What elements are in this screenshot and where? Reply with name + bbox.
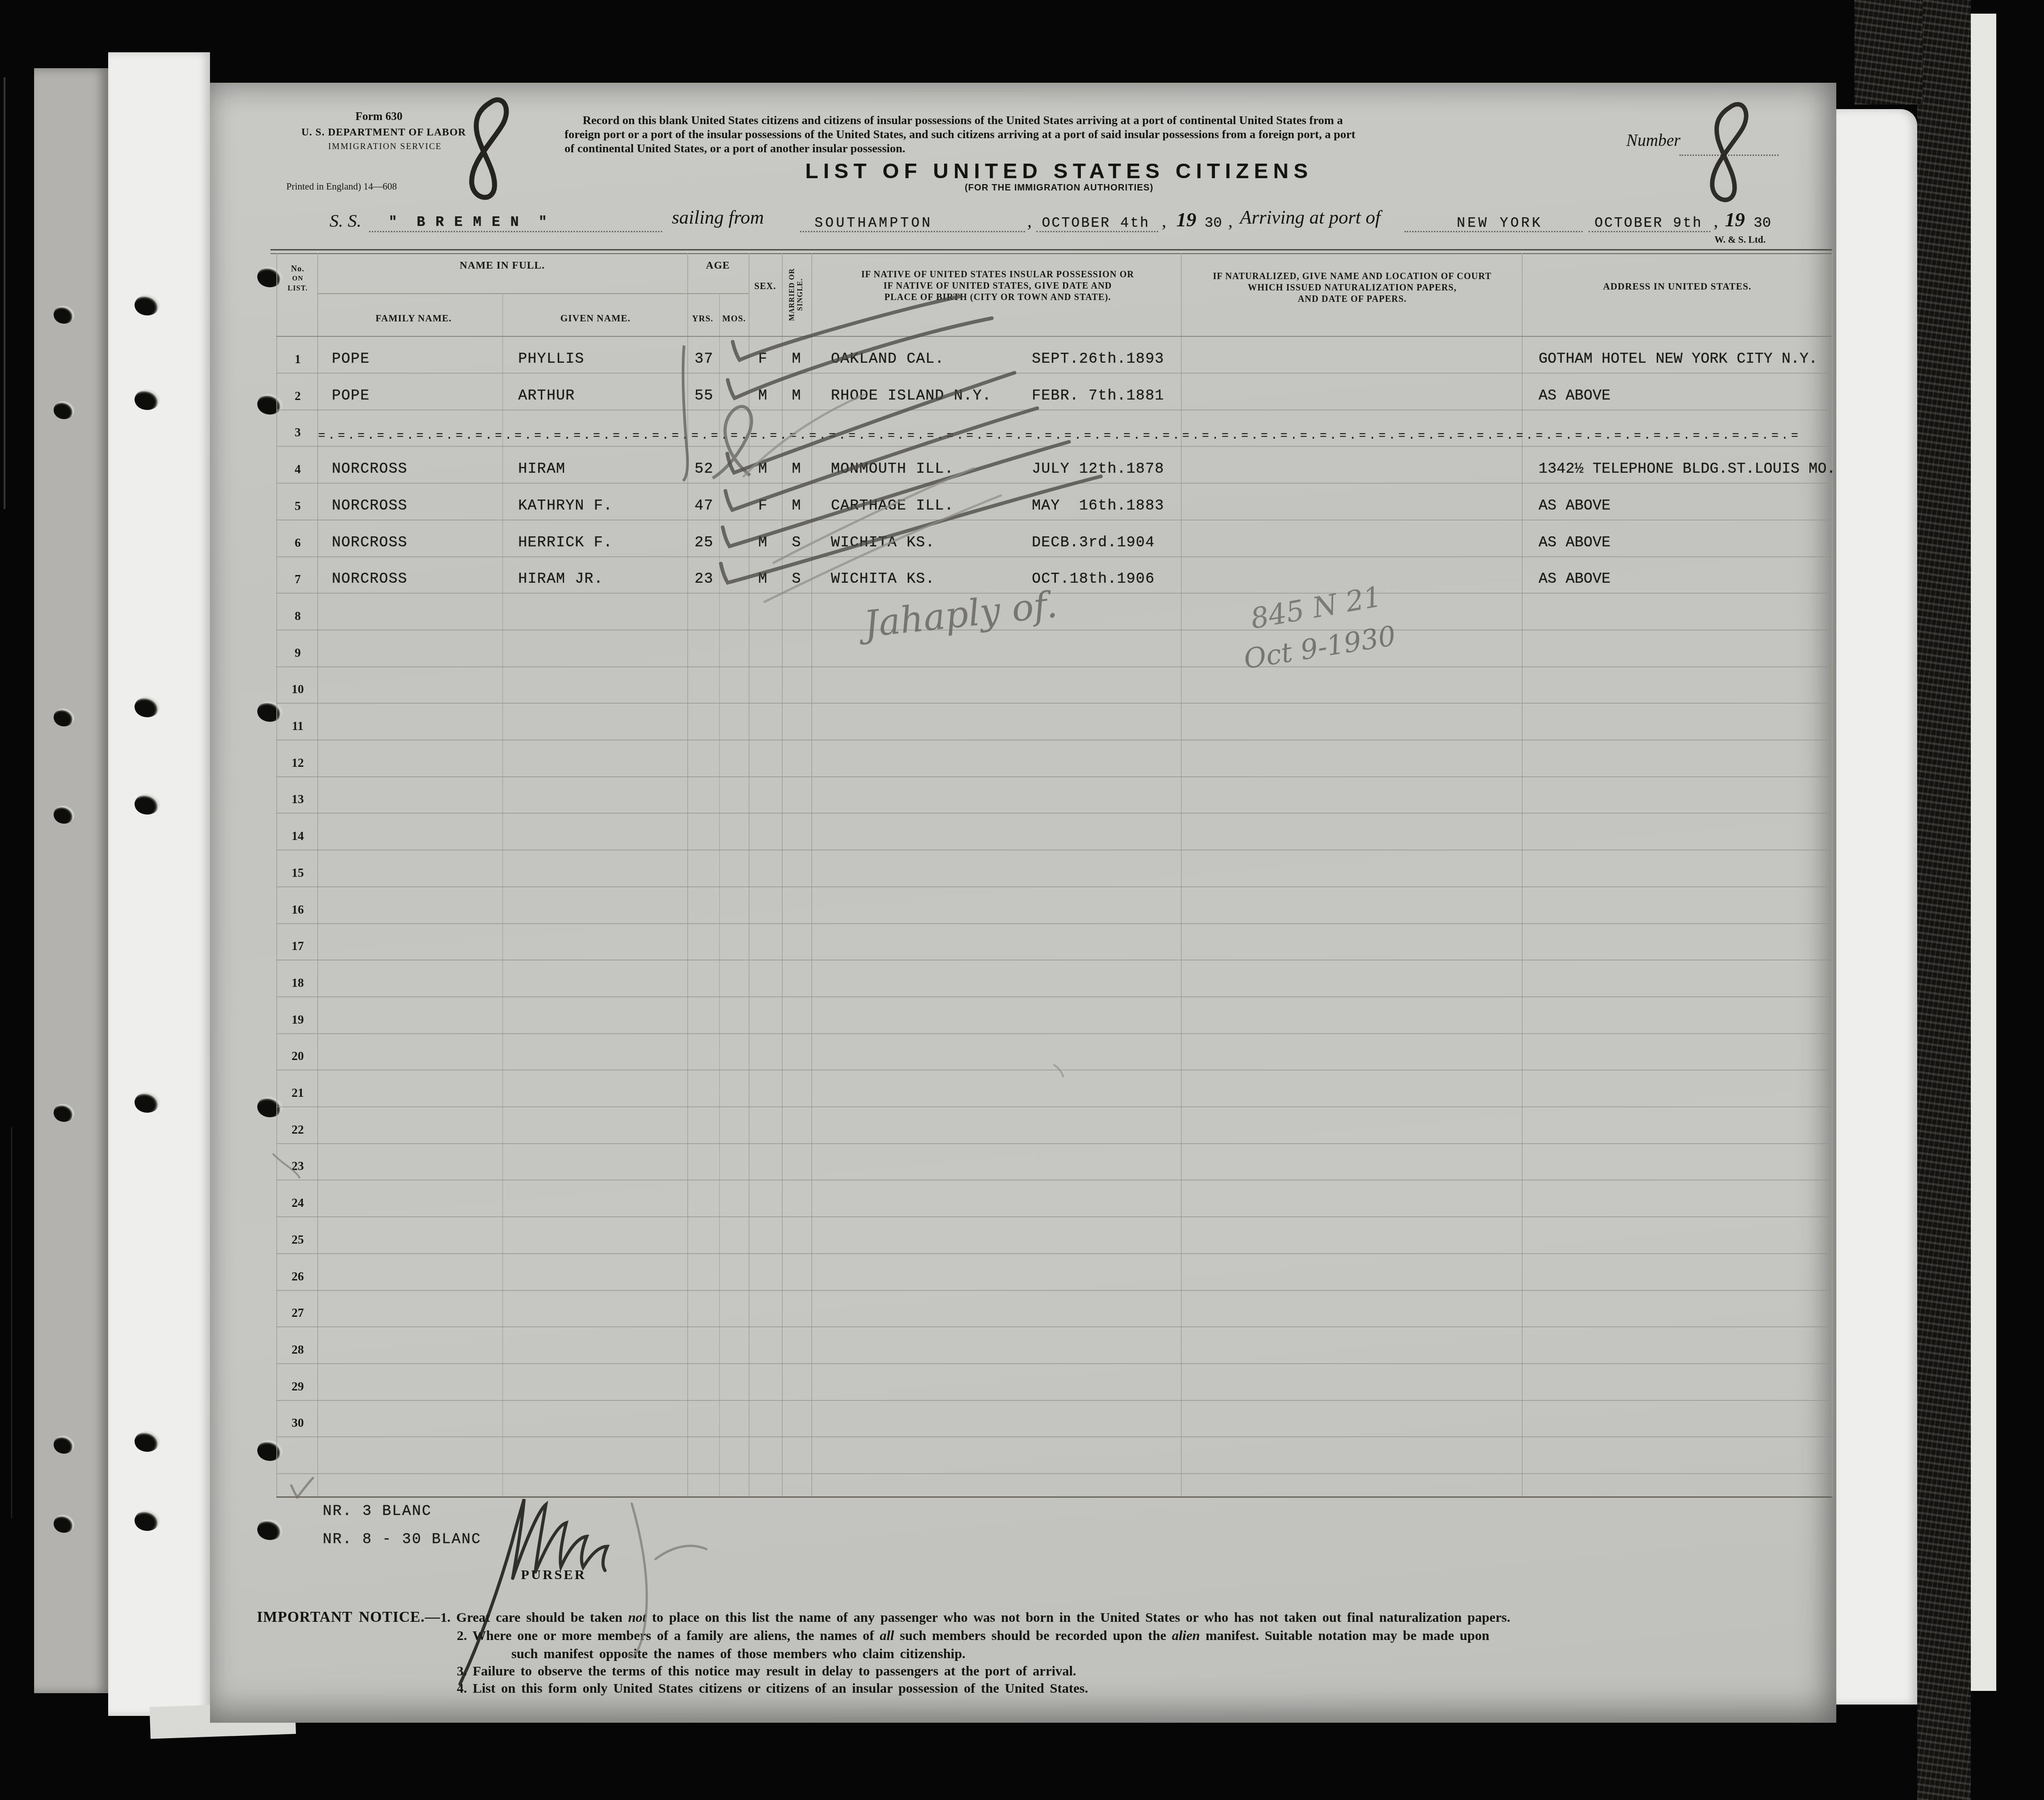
table-row: 1POPEPHYLLIS37FMOAKLAND CAL.SEPT.26th.18… — [0, 341, 2044, 373]
table-row: 25 — [0, 1221, 2044, 1253]
cell-married-single: M — [792, 460, 801, 477]
year-printed-2: 19 — [1725, 208, 1745, 231]
cell-family-name: POPE — [332, 387, 370, 404]
department-name: U. S. DEPARTMENT OF LABOR — [301, 126, 466, 138]
table-header-rule — [276, 336, 1832, 337]
row-number: 23 — [282, 1159, 314, 1173]
cell-birthplace: OAKLAND CAL. — [831, 350, 945, 367]
row-number: 3 — [282, 425, 314, 440]
col-header-sex: SEX. — [749, 281, 782, 292]
table-bottom-rule — [276, 1496, 1832, 1498]
table-row: 14 — [0, 818, 2044, 850]
comma-4: , — [1714, 210, 1718, 231]
cell-birthdate: JULY 12th.1878 — [1032, 460, 1164, 477]
table-row-rule — [276, 1400, 1832, 1401]
row-number: 5 — [282, 499, 314, 513]
notice-text: IMPORTANT NOTICE.— — [257, 1609, 440, 1625]
table-row-rule — [276, 556, 1832, 557]
row-number: 17 — [282, 939, 314, 953]
cell-sex: F — [758, 350, 768, 367]
row-number: 22 — [282, 1123, 314, 1137]
notice-text: such members should be recorded upon the — [894, 1628, 1172, 1643]
row-number: 7 — [282, 572, 314, 586]
form-number: Form 630 — [355, 110, 402, 123]
table-row-rule — [276, 960, 1832, 960]
table-row: 11 — [0, 708, 2044, 740]
notice-line-5: 4. List on this form only United States … — [457, 1681, 1088, 1696]
row-number: 10 — [282, 682, 314, 696]
cell-birthplace: MONMOUTH ILL. — [831, 460, 954, 477]
row-number: 25 — [282, 1233, 314, 1247]
notice-text: 1. Great care should be taken — [440, 1610, 628, 1625]
punch-hole — [54, 1515, 75, 1533]
row-number: 30 — [282, 1416, 314, 1430]
col-header-family: FAMILY NAME. — [327, 313, 500, 324]
row-number: 24 — [282, 1196, 314, 1210]
cell-sex: M — [758, 534, 768, 551]
table-row-rule — [276, 666, 1832, 667]
table-row-rule — [276, 520, 1832, 520]
scanned-manifest-document: Form 630 U. S. DEPARTMENT OF LABOR IMMIG… — [0, 0, 2044, 1800]
row-number: 4 — [282, 462, 314, 476]
table-row: 18 — [0, 965, 2044, 996]
sailing-from-label: sailing from — [672, 207, 764, 229]
cell-birthplace: RHODE ISLAND N.Y. — [831, 387, 992, 404]
page-subtitle: (FOR THE IMMIGRATION AUTHORITIES) — [773, 183, 1345, 193]
table-row-rule — [276, 850, 1832, 850]
table-row: 15 — [0, 855, 2044, 886]
cell-address: GOTHAM HOTEL NEW YORK CITY N.Y. — [1539, 350, 1818, 367]
table-row-rule — [276, 483, 1832, 484]
table-row-rule — [276, 923, 1832, 924]
punch-hole — [54, 1435, 75, 1454]
table-row: 13 — [0, 781, 2044, 813]
row-number: 8 — [282, 609, 314, 623]
table-row-rule — [276, 1290, 1832, 1291]
notice-text: 2. Where one or more members of a family… — [457, 1628, 880, 1643]
table-row: 20 — [0, 1038, 2044, 1070]
printed-in-note: Printed in England) 14—608 — [286, 181, 397, 192]
col-header-address: ADDRESS IN UNITED STATES. — [1523, 281, 1832, 292]
blank-note-2: NR. 8 - 30 BLANC — [323, 1531, 481, 1548]
notice-italic-word: all — [880, 1628, 894, 1643]
header-mid-rule — [317, 293, 749, 294]
cell-age-years: 55 — [695, 387, 714, 404]
row-number: 11 — [282, 719, 314, 733]
row-number: 19 — [282, 1013, 314, 1027]
cell-address: AS ABOVE — [1539, 570, 1610, 587]
cell-birthplace: WICHITA KS. — [831, 534, 935, 551]
col-header-married-single: MARRIED ORSINGLE. — [788, 254, 805, 335]
comma-1: , — [1027, 210, 1032, 231]
table-row: 24 — [0, 1185, 2044, 1216]
row-number: 20 — [282, 1049, 314, 1063]
departure-port: SOUTHAMPTON — [815, 215, 933, 231]
cell-sex: M — [758, 460, 768, 477]
cell-age-years: 23 — [695, 570, 714, 587]
comma-3: , — [1228, 210, 1233, 231]
notice-italic-word: alien — [1172, 1628, 1200, 1643]
table-row-rule — [276, 1473, 1832, 1474]
col-header-mos: MOS. — [719, 314, 749, 325]
cell-address: 1342½ TELEPHONE BLDG.ST.LOUIS MO. — [1539, 460, 1836, 477]
service-name: IMMIGRATION SERVICE — [328, 142, 442, 152]
ship-name: " B R E M E N " — [389, 215, 548, 230]
table-row-rule — [276, 1106, 1832, 1107]
arrival-date: OCTOBER 9th — [1594, 215, 1703, 231]
row-number: 6 — [282, 536, 314, 550]
col-header-yrs: YRS. — [686, 314, 719, 325]
table-row-rule — [276, 776, 1832, 777]
table-row: 26 — [0, 1258, 2044, 1290]
cell-married-single: S — [792, 570, 801, 587]
intro-line-2: foreign port or a port of the insular po… — [565, 128, 1355, 141]
table-row-rule — [276, 410, 1832, 410]
notice-text: manifest. Suitable notation may be made … — [1200, 1628, 1489, 1643]
table-row-rule — [276, 740, 1832, 740]
arrival-port: NEW YORK — [1457, 215, 1543, 231]
table-row: 22 — [0, 1111, 2044, 1143]
table-row: 3=.=.=.=.=.=.=.=.=.=.=.=.=.=.=.=.=.=.=.=… — [0, 414, 2044, 446]
notice-line-4: 3. Failure to observe the terms of this … — [457, 1664, 1076, 1679]
table-row-rule — [276, 1363, 1832, 1364]
cell-given-name: HIRAM JR. — [518, 570, 603, 587]
ship-name-line — [369, 231, 662, 232]
comma-2: , — [1162, 210, 1166, 231]
printer-credit: W. & S. Ltd. — [1714, 234, 1765, 245]
sailing-year: 30 — [1204, 215, 1222, 231]
intro-line-1: Record on this blank United States citiz… — [583, 114, 1343, 127]
table-row: 2POPEARTHUR55MMRHODE ISLAND N.Y.FEBR. 7t… — [0, 378, 2044, 410]
col-header-name-in-full: NAME IN FULL. — [317, 260, 687, 271]
arrival-year: 30 — [1754, 215, 1771, 231]
table-row: 28 — [0, 1331, 2044, 1363]
col-header-age: AGE — [687, 260, 749, 271]
cell-birthdate: FEBR. 7th.1881 — [1032, 387, 1164, 404]
cell-birthdate: MAY 16th.1883 — [1032, 497, 1164, 514]
cell-given-name: ARTHUR — [518, 387, 575, 404]
table-row: 9 — [0, 635, 2044, 666]
notice-line-3: such manifest opposite the names of thos… — [511, 1646, 965, 1662]
table-row-rule — [276, 1216, 1832, 1217]
page-title: LIST OF UNITED STATES CITIZENS — [773, 158, 1345, 183]
cell-family-name: POPE — [332, 350, 370, 367]
punch-hole — [257, 1519, 283, 1540]
notice-line-1: IMPORTANT NOTICE.—1. Great care should b… — [257, 1609, 1510, 1626]
table-row: 29 — [0, 1368, 2044, 1400]
row-number: 14 — [282, 829, 314, 843]
cell-married-single: M — [792, 350, 801, 367]
table-row: 19 — [0, 1001, 2044, 1033]
cell-age-years: 37 — [695, 350, 714, 367]
cell-given-name: PHYLLIS — [518, 350, 585, 367]
intro-line-3: of continental United States, or a port … — [565, 142, 905, 155]
sailing-date: OCTOBER 4th — [1042, 215, 1150, 231]
row-number: 2 — [282, 389, 314, 403]
cell-age-years: 52 — [695, 460, 714, 477]
table-row: 23 — [0, 1148, 2044, 1180]
row-number: 15 — [282, 866, 314, 880]
col-header-naturalization: IF NATURALIZED, GIVE NAME AND LOCATION O… — [1186, 271, 1518, 305]
table-row-rule — [276, 886, 1832, 887]
table-row: 12 — [0, 745, 2044, 776]
cell-married-single: M — [792, 387, 801, 404]
cell-birthplace: WICHITA KS. — [831, 570, 935, 587]
table-top-rule-2 — [270, 253, 1832, 254]
col-header-no: No.ONLIST. — [278, 264, 317, 294]
table-row-rule — [276, 1326, 1832, 1327]
cell-birthdate: DECB.3rd.1904 — [1032, 534, 1154, 551]
notice-line-2: 2. Where one or more members of a family… — [457, 1628, 1489, 1644]
row-number: 27 — [282, 1306, 314, 1320]
cell-married-single: M — [792, 497, 801, 514]
cell-age-years: 47 — [695, 497, 714, 514]
cell-dashes: =.=.=.=.=.=.=.=.=.=.=.=.=.=.=.=.=.=.=.=.… — [318, 429, 1800, 442]
row-number: 13 — [282, 792, 314, 806]
cell-birthdate: SEPT.26th.1893 — [1032, 350, 1164, 367]
number-dotted-line — [1679, 155, 1779, 156]
book-binding-top — [1854, 0, 1923, 105]
punch-hole — [54, 305, 75, 324]
row-number: 9 — [282, 646, 314, 660]
notice-italic-word: not — [628, 1610, 646, 1625]
punch-hole — [135, 295, 160, 315]
table-row: 16 — [0, 891, 2044, 923]
ss-label: S. S. — [330, 210, 361, 231]
row-number: 29 — [282, 1380, 314, 1394]
punch-hole — [135, 1510, 160, 1531]
blank-note-1: NR. 3 BLANC — [323, 1503, 432, 1520]
col-header-given: GIVEN NAME. — [505, 313, 686, 324]
table-row: 17 — [0, 928, 2044, 960]
table-top-rule — [270, 249, 1832, 250]
table-row: 30 — [0, 1405, 2044, 1436]
table-row: 27 — [0, 1295, 2044, 1326]
table-row: 21 — [0, 1075, 2044, 1106]
notice-text: such manifest opposite the names of thos… — [511, 1646, 965, 1661]
row-number: 1 — [282, 352, 314, 366]
table-row: 5NORCROSSKATHRYN F.47FMCARTHAGE ILL.MAY … — [0, 488, 2044, 520]
cell-family-name: NORCROSS — [332, 497, 407, 514]
row-number: 28 — [282, 1343, 314, 1357]
table-row-rule — [276, 1143, 1832, 1144]
row-number: 26 — [282, 1270, 314, 1284]
cell-married-single: S — [792, 534, 801, 551]
cell-family-name: NORCROSS — [332, 534, 407, 551]
table-row-rule — [276, 1253, 1832, 1254]
table-row: 4NORCROSSHIRAM52MMMONMOUTH ILL.JULY 12th… — [0, 451, 2044, 483]
table-row-rule — [276, 996, 1832, 997]
table-row: 10 — [0, 671, 2044, 703]
table-row: 6NORCROSSHERRICK F.25MSWICHITA KS.DECB.3… — [0, 525, 2044, 556]
table-row-rule — [276, 373, 1832, 374]
year-printed-1: 19 — [1176, 208, 1196, 231]
punch-hole — [257, 1440, 283, 1461]
notice-text: to place on this list the name of any pa… — [646, 1610, 1510, 1625]
purser-label: PURSER — [521, 1567, 586, 1583]
row-number: 21 — [282, 1086, 314, 1100]
cell-address: AS ABOVE — [1539, 497, 1610, 514]
col-header-birth: IF NATIVE OF UNITED STATES INSULAR POSSE… — [818, 269, 1177, 303]
cell-given-name: KATHRYN F. — [518, 497, 613, 514]
notice-text: 4. List on this form only United States … — [457, 1681, 1088, 1696]
film-edge-white-strip — [1971, 14, 1996, 1691]
cell-sex: F — [758, 497, 768, 514]
cell-sex: M — [758, 570, 768, 587]
notice-text: 3. Failure to observe the terms of this … — [457, 1664, 1076, 1679]
cell-family-name: NORCROSS — [332, 460, 407, 477]
cell-address: AS ABOVE — [1539, 534, 1610, 551]
arriving-label: Arriving at port of — [1240, 207, 1380, 229]
cell-birthplace: CARTHAGE ILL. — [831, 497, 954, 514]
table-row-rule — [276, 630, 1832, 630]
row-number: 18 — [282, 976, 314, 990]
cell-address: AS ABOVE — [1539, 387, 1610, 404]
cell-sex: M — [758, 387, 768, 404]
number-label: Number — [1626, 131, 1680, 150]
cell-family-name: NORCROSS — [332, 570, 407, 587]
row-number: 16 — [282, 903, 314, 917]
table-row-rule — [276, 1033, 1832, 1034]
cell-age-years: 25 — [695, 534, 714, 551]
cell-given-name: HERRICK F. — [518, 534, 613, 551]
row-number: 12 — [282, 756, 314, 770]
cell-given-name: HIRAM — [518, 460, 565, 477]
